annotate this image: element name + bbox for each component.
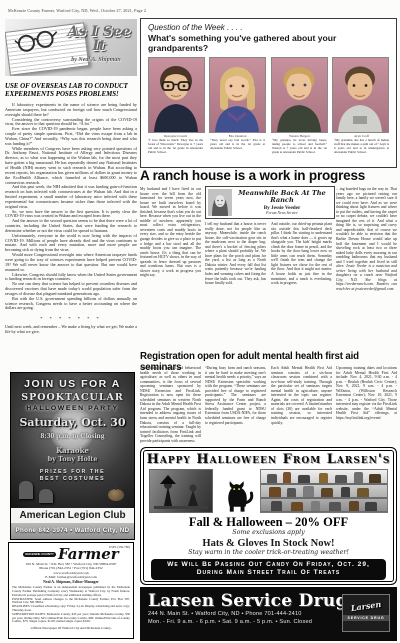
kid-quote: “My grandpa, he loves driving buses, tak… <box>272 138 327 146</box>
larsen-service-drug-bar: Larsen Service Drug 244 N. Main St. • Wa… <box>140 587 397 641</box>
editorial-paragraph: But with the U.S. government spending bi… <box>5 297 137 312</box>
editorial-paragraph: Unfortunately, everyone in the world is … <box>5 234 137 253</box>
editorial-paragraph: And the answer to the second question se… <box>5 219 137 234</box>
as-i-see-it-logo: As I See It by Neal A. Shipman <box>5 19 137 76</box>
ad-costumes-line: BEST COSTUMES <box>11 476 134 482</box>
editorial-paragraph: Would more Congressional oversight into … <box>5 253 137 272</box>
witch-display-photo <box>149 469 213 513</box>
halloween-party-ad: JOIN US FOR A SPOOKTACULAR HALLOWEEN PAR… <box>10 372 135 540</box>
venue-name: American Legion Club <box>11 508 134 523</box>
ad-join-us-line: JOIN US FOR A <box>11 378 134 390</box>
pumpkin-icon <box>108 489 124 501</box>
column-byline-box: Meanwhile Back At The Ranch By Jessie Ve… <box>205 186 335 219</box>
ad-karaoke-host-line: by Tony Holte <box>11 455 134 463</box>
venue-phone-line: Phone 842-3974 • Watford City, ND <box>11 523 134 539</box>
ad-spooktacular-line: SPOOKTACULAR <box>11 392 134 403</box>
discount-offer: Fall & Halloween – 20% OFF <box>141 516 396 529</box>
ranch-column-4: …ing boarded bags on the way in. That ye… <box>336 187 397 345</box>
question-of-week-box: Question of the Week . . . . What's some… <box>140 18 397 168</box>
larsens-halloween-ad: Happy Halloween From Larsen's <box>140 447 397 585</box>
stock-note: Stay warm in the cooler trick-or-treatin… <box>141 549 396 556</box>
editorial-headline: USE OF OVERSEAS LAB TO CONDUCT EXPERIMEN… <box>5 83 137 99</box>
kid-caption: Aryn Croff “My grandma, she has a bunch … <box>334 135 389 155</box>
larsens-ad-headline: Happy Halloween From Larsen's <box>141 452 396 467</box>
larsens-ad-photos <box>149 469 388 513</box>
editorial-column: As I See It by Neal A. Shipman USE OF OV… <box>5 19 137 335</box>
stock-line: Hats & Gloves In Stock Now! <box>141 538 396 549</box>
ad-time-line: 8:30 p.m. to Closing <box>11 431 134 440</box>
ad-karaoke-line: Karaoke <box>11 446 134 455</box>
registration-column-1: Addressing the mental and behavioral hea… <box>140 366 201 446</box>
editorial-paragraph: Ever since the COVID-19 pandemic began, … <box>5 127 137 146</box>
registration-column-3: Each Adult Mental Health First Aid semin… <box>271 366 332 446</box>
editorial-closing: Until next week, and remember – We make … <box>5 325 137 335</box>
registration-column-2: “During busy farm and ranch seasons, it … <box>205 366 266 446</box>
fall-merchandise-photo <box>260 469 388 513</box>
kid-photo-aryn <box>332 57 389 133</box>
kid-bio: Weston is 7 years old and is in the 1st … <box>272 146 327 154</box>
editorial-logo-byline: by Neal A. Shipman <box>61 57 131 63</box>
larsen-logo-subtitle: SERVICE DRUG <box>343 615 389 621</box>
kid-photo-etta <box>209 57 266 133</box>
candy-banner-line2: During Main Street Trail Of Treats <box>151 569 386 577</box>
farmer-logo: Farmer <box>58 547 119 562</box>
kid-caption: Etta Zanation “They never say bad words.… <box>210 135 265 155</box>
kid-photo-weston <box>271 57 328 133</box>
news-service: Forum News Service <box>232 211 332 216</box>
registration-column-4: Upcoming training dates and locations fo… <box>336 366 397 446</box>
ad-prizes-line: PRIZES FOR THE <box>11 469 134 475</box>
qotw-caption-row: Dewayne Crouch “I love them so much. The… <box>148 135 389 155</box>
star-separator: * * * * * * * <box>5 316 137 321</box>
fine-print-paragraph: The McKenzie County Farmer is an indepen… <box>12 586 130 597</box>
kid-caption: Weston Hergert “My grandpa, he loves dri… <box>272 135 327 155</box>
candy-banner-line1: We Will Be Passing Out Candy On Friday, … <box>151 561 386 569</box>
kid-caption: Dewayne Crouch “I love them so much. The… <box>148 135 203 155</box>
ranch-column-1: My husband and I have lived in our house… <box>140 187 201 345</box>
black-cat-icon <box>218 473 255 513</box>
farmer-email: E-Mail: farmer@watfordcitynd.com <box>12 575 130 579</box>
usps-number: USPS (336-780) <box>109 545 130 549</box>
qotw-title: Question of the Week . . . . <box>148 23 389 32</box>
masthead-fine-print: The McKenzie County Farmer is an indepen… <box>12 586 130 624</box>
larsen-logo: Larsen SERVICE DRUG <box>342 594 390 632</box>
ad-halloween-party-line: HALLOWEEN PARTY <box>11 405 134 412</box>
official-newspaper-line: -Official Newspaper Of Watford City And … <box>12 626 130 630</box>
qotw-photo-row <box>148 57 389 133</box>
qotw-question: What's something you've gathered about y… <box>148 33 389 53</box>
editorial-paragraph: And this past week, the NIH admitted tha… <box>5 185 137 209</box>
folio-line: McKenzie County Farmer, Watford City, ND… <box>8 8 146 13</box>
editorial-body: If laboratory experiments in the name of… <box>5 103 137 311</box>
column-title: Meanwhile Back At The Ranch <box>232 190 332 205</box>
fine-print-paragraph: SUBSCRIPTION RATES: McKenzie County, $45… <box>12 613 130 624</box>
candy-banner: We Will Be Passing Out Candy On Friday, … <box>151 559 386 580</box>
gravestone-icon <box>19 481 33 499</box>
gravestone-icon <box>39 489 53 503</box>
editorial-paragraph: While members of Congress have been aski… <box>5 147 137 186</box>
kid-photo-dewayne <box>148 57 205 133</box>
editorial-logo-title: As I See It <box>63 25 135 53</box>
ranch-column-2: I tell my husband that a house is never … <box>205 222 266 345</box>
ranch-article-headline: A ranch house is a work in progress <box>140 168 398 183</box>
newspaper-page: McKenzie County Farmer, Watford City, ND… <box>0 0 400 643</box>
ranch-column-3: And outside, our dried-up petunia plant … <box>271 222 332 345</box>
ad-date-line: Saturday, Oct. 30 <box>11 416 134 429</box>
editorial-paragraph: If laboratory experiments in the name of… <box>5 103 137 118</box>
author-bio: Jessie Veeder is a musician and writer l… <box>336 264 397 291</box>
county-badge: McKENZIE COUNTY <box>23 552 56 558</box>
ranch-column-4-text: …ing boarded bags on the way in. That ye… <box>336 187 397 268</box>
farmer-masthead-box: USPS (336-780) McKENZIE COUNTY Farmer 10… <box>8 542 134 639</box>
larsen-logo-name: Larsen <box>343 598 390 614</box>
jessie-veeder-photo <box>208 189 232 216</box>
discount-note: Some exclusions apply <box>141 529 396 536</box>
editorial-paragraph: No one can deny that science has helped … <box>5 282 137 297</box>
